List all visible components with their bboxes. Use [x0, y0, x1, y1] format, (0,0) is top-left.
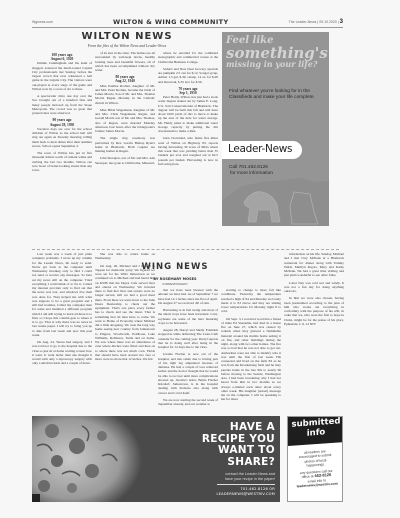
article-paragraph: A spectacular drive one day over the Soo…: [32, 94, 92, 115]
article-paragraph: On Sept. 3, I received word that a frien…: [221, 317, 281, 402]
section-divider: [32, 249, 339, 250]
article-paragraph: August 28, Darryl and Shelly Eckholm sto…: [158, 328, 218, 349]
article-paragraph: The single ring ceremony was performed b…: [95, 136, 155, 153]
article-paragraph: Last week was a week of just plain compu…: [32, 252, 92, 337]
wing-column-2: She was able to return home on Wednesday…: [95, 252, 155, 412]
page-header: Wgnews.com WILTON & WING COMMUNITY The L…: [32, 16, 343, 28]
section-title: WILTON & WING COMMUNITY: [113, 18, 229, 26]
article-paragraph: She was able to return home on Wednesday…: [95, 252, 155, 261]
wilton-column-1: 100 years agoAugust 6, 1920 Jimmie Cunni…: [32, 51, 92, 247]
wilton-news-title: WILTON NEWS: [32, 31, 222, 42]
recipe-ad[interactable]: HAVE A RECIPE YOU WANT TO SHARE? contact…: [32, 416, 280, 502]
recipe-ad-body-line: contact the Leader-News and: [225, 472, 275, 477]
wing-column-5: information on his life. Sunday, Michael…: [284, 252, 344, 352]
recipe-ad-rule: [217, 484, 275, 485]
ad-headline-line3: missing in your life?: [226, 60, 329, 69]
logo-text: Leader-News: [228, 143, 292, 155]
pizza-photo-icon: [32, 416, 142, 502]
article-paragraph: information on his life. Sunday, Michael…: [284, 252, 344, 278]
recipe-ad-contact: 701.462.8126 OR LEADERNEWS@WESTRIV.COM: [217, 487, 276, 497]
wilton-column-3: where he enrolled for the combined steno…: [158, 51, 218, 247]
article-paragraph: starting to change to more fall like con…: [221, 288, 281, 314]
wing-column-4: starting to change to more fall like con…: [221, 288, 281, 412]
recipe-ad-body: contact the Leader-News and have your re…: [225, 472, 275, 481]
newspaper-page: Wgnews.com WILTON & WING COMMUNITY The L…: [0, 0, 400, 518]
article-paragraph: that we have been blessed with the amoun…: [158, 288, 218, 305]
submitted-info-title: submitted info: [288, 416, 343, 446]
wing-column-3: that we have been blessed with the amoun…: [158, 288, 218, 412]
article-heading: 80 years agoAug 22, 1940: [95, 75, 155, 83]
article-paragraph: On Aug. 24, Teresa had surgery, and I wa…: [32, 340, 92, 366]
wilton-column-2: of its size in the state. The homes are …: [95, 51, 155, 247]
ad-body: Find whatever you're looking for in the …: [229, 89, 329, 101]
wilton-news-subtitle: From the files of the Wilton News and Le…: [32, 44, 222, 48]
article-paragraph: Vacation days are over for the school ch…: [32, 127, 92, 148]
article-paragraph: Sickk's and New Deal Grocery specials ar…: [158, 67, 218, 84]
article-paragraph: Jerome Fischer is now out of the hospita…: [158, 352, 218, 395]
recipe-ad-headline: HAVE A RECIPE YOU WANT TO SHARE?: [202, 422, 275, 468]
headline-line: HAVE A: [202, 422, 275, 434]
article-paragraph: Harvesting is in full swing and most of …: [158, 308, 218, 325]
recipe-ad-email[interactable]: LEADERNEWS@WESTRIV.COM: [217, 492, 276, 497]
article-heading: 70 years agoSep 1, 1950: [158, 87, 218, 95]
leader-news-logo: Leader-News: [222, 141, 302, 159]
article-paragraph: Miss Hilda Wagemann, daughter of Mr. and…: [95, 108, 155, 134]
recipe-ad-body-line: have your recipe in the paper!: [225, 477, 275, 482]
article-heading: 100 years agoAugust 6, 1920: [32, 53, 92, 61]
paper-date-text: The Leader-News | 09.10.2020 |: [289, 20, 339, 24]
article-paragraph: The town of Wilton has put in five thous…: [32, 151, 92, 172]
article-paragraph: John Skorupat, son of Mr. and Mrs. Abe S…: [95, 156, 155, 165]
headline-line: WANT TO: [202, 445, 275, 457]
headline-line: SHARE?: [202, 457, 275, 469]
article-paragraph: Labor Day was cold wet and windy. It was…: [284, 281, 344, 294]
article-paragraph: On Aug. 26, Michael and I headed to Tapp…: [95, 264, 155, 362]
site-url[interactable]: Wgnews.com: [32, 20, 53, 24]
dog-illustration-icon: [222, 172, 329, 226]
submitted-info-body: all readers are encouraged to submit pho…: [287, 448, 343, 489]
article-paragraph: In him we were also chosen, having been …: [284, 296, 344, 326]
article-paragraph: of its size in the state. The homes are …: [95, 51, 155, 72]
article-paragraph: where he enrolled for the combined steno…: [158, 51, 218, 64]
paper-date: The Leader-News | 09.10.2020 |3: [289, 19, 343, 25]
classifieds-ad[interactable]: Feel like something's missing in your li…: [222, 32, 329, 226]
ad-headline: Feel like something's missing in your li…: [226, 34, 329, 69]
article-paragraph: Peter Heidy, Wilton, has just had a stoc…: [158, 95, 218, 133]
article-paragraph: We are now starting the second week of S…: [158, 398, 218, 407]
page-number: 3: [340, 19, 343, 25]
article-paragraph: Glen Cleveland, who farms five miles wes…: [158, 136, 218, 166]
article-paragraph: Jimmie Cunningham and his team of slugge…: [32, 61, 92, 91]
submitted-info-ad[interactable]: submitted info all readers are encourage…: [287, 416, 343, 502]
article-paragraph: Miss Pauline Rodlan, daughter of Mr. and…: [95, 84, 155, 105]
wing-column-1: Last week was a week of just plain compu…: [32, 252, 92, 412]
article-heading: 90 years agoAugust 28, 1930: [32, 118, 92, 126]
